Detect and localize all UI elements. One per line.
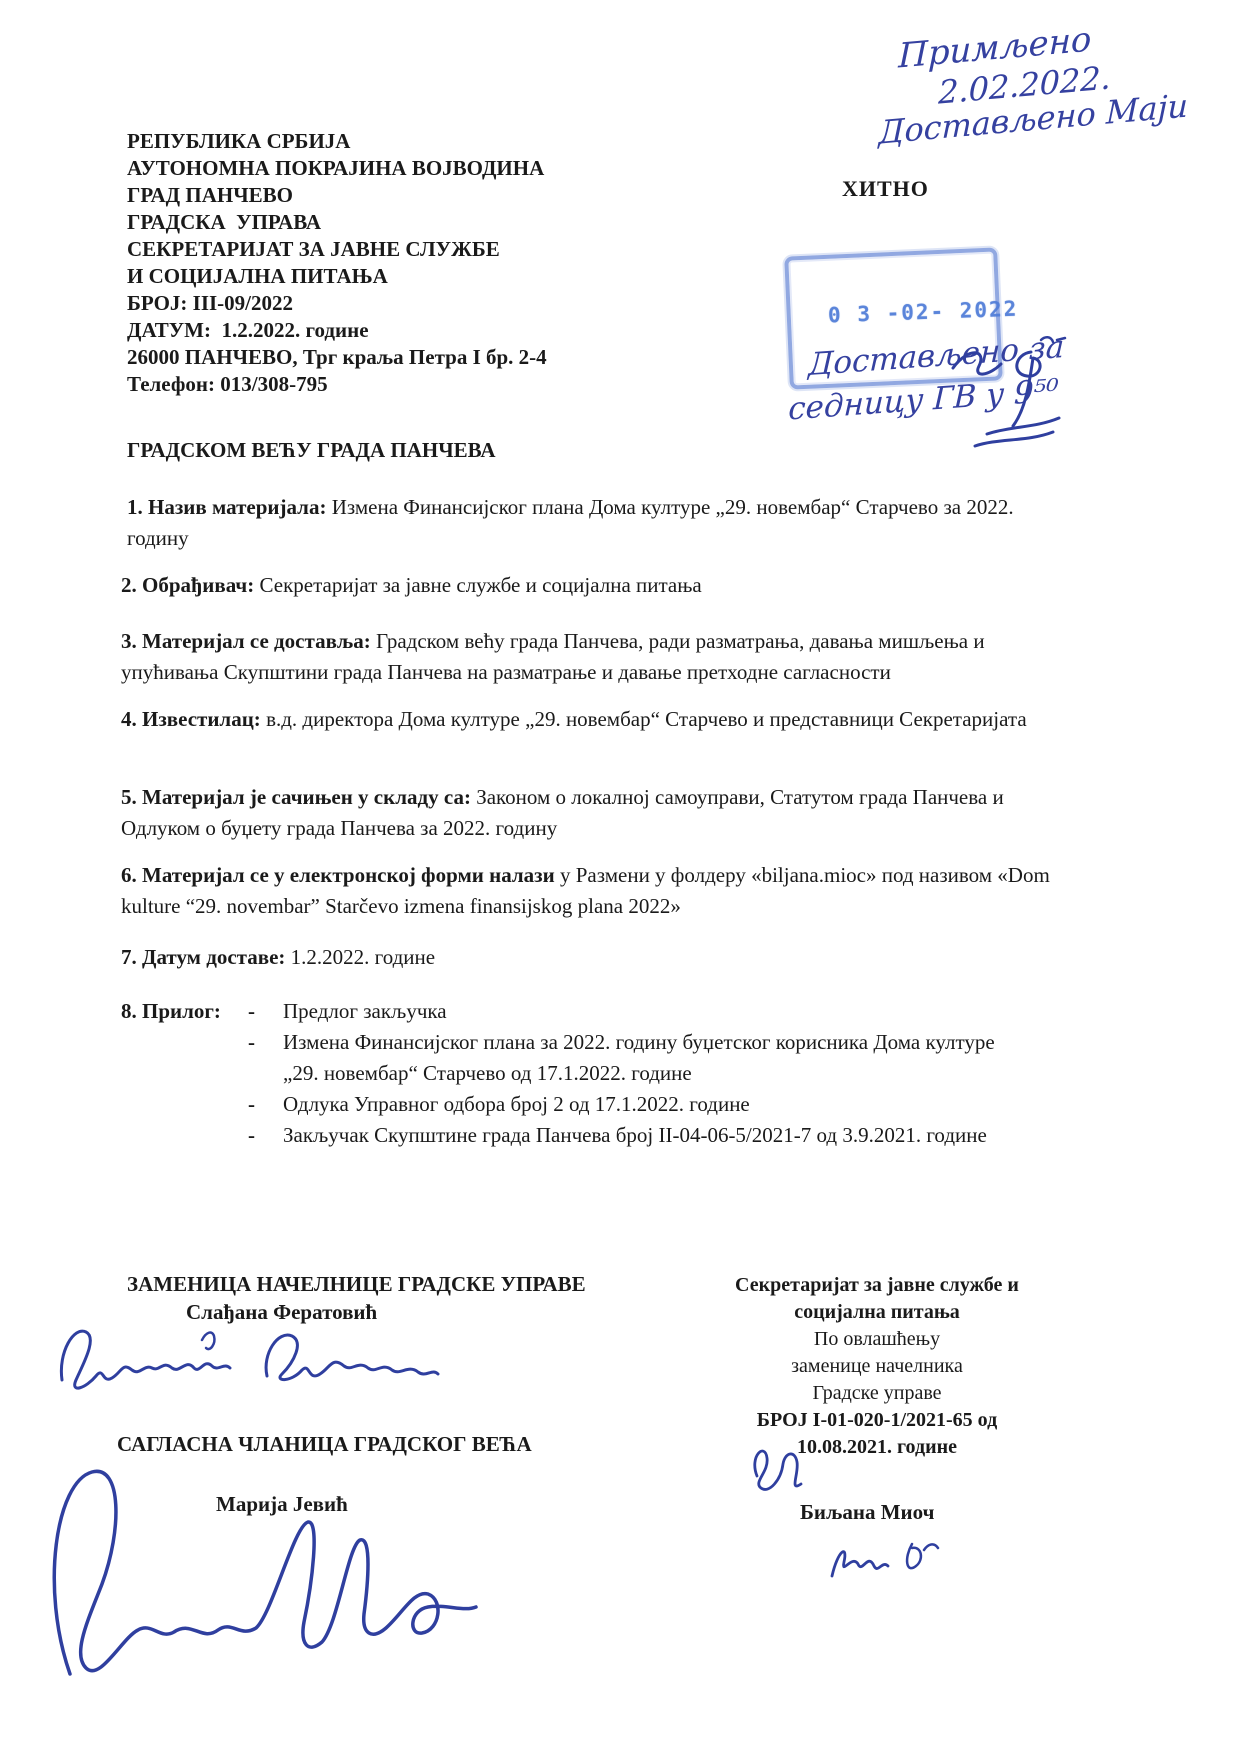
secretariat-auth-line1: По овлашћењу (697, 1326, 1057, 1353)
letterhead-line-number: БРОЈ: III-09/2022 (127, 290, 547, 317)
attachment-dash: - (248, 996, 283, 1027)
letterhead-line-phone: Телефон: 013/308-795 (127, 371, 547, 398)
attachment-dash: - (248, 1120, 283, 1151)
item-3-label: 3. Материјал се доставља: (121, 629, 371, 653)
letterhead-line-date: ДАТУМ: 1.2.2022. године (127, 317, 547, 344)
item-2-label: 2. Обрађивач: (121, 573, 254, 597)
attachment-text-1: Предлог закључка (283, 996, 1013, 1027)
item-1-label: 1. Назив материјала: (127, 495, 326, 519)
attachment-item: - Одлука Управног одбора број 2 од 17.1.… (248, 1089, 1013, 1120)
item-7-text: 1.2.2022. године (291, 945, 435, 969)
council-member-title: САГЛАСНА ЧЛАНИЦА ГРАДСКОГ ВЕЋА (117, 1432, 532, 1457)
letterhead-line-city: ГРАД ПАНЧЕВО (127, 182, 547, 209)
urgent-label: ХИТНО (842, 176, 929, 202)
item-5: 5. Материјал је сачињен у складу са: Зак… (121, 782, 1056, 844)
stamp-paraph-signature (935, 330, 1075, 450)
scanned-document-page: Примљено 2.02.2022. Достављено Маји РЕПУ… (0, 0, 1240, 1752)
addressee-line: ГРАДСКОМ ВЕЋУ ГРАДА ПАНЧЕВА (127, 438, 496, 463)
secretariat-signer-name: Биљана Миоч (800, 1500, 934, 1525)
attachment-item: - Предлог закључка (248, 996, 1013, 1027)
item-7: 7. Датум доставе: 1.2.2022. године (121, 942, 1056, 973)
item-2-text: Секретаријат за јавне службе и социјална… (259, 573, 701, 597)
attachment-dash: - (248, 1089, 283, 1120)
authorization-paraph (745, 1430, 805, 1500)
secretariat-auth-line2: заменице начелника (697, 1353, 1057, 1380)
attachment-dash: - (248, 1027, 283, 1089)
attachment-text-3: Одлука Управног одбора број 2 од 17.1.20… (283, 1089, 1013, 1120)
attachment-text-4: Закључак Скупштине града Панчева број II… (283, 1120, 1013, 1151)
letterhead: РЕПУБЛИКА СРБИЈА АУТОНОМНА ПОКРАЈИНА ВОЈ… (127, 128, 547, 398)
item-7-label: 7. Датум доставе: (121, 945, 285, 969)
deputy-head-signature (52, 1318, 442, 1406)
item-6-label: 6. Материјал се у електронској форми нал… (121, 863, 555, 887)
secretariat-signer-signature (820, 1530, 950, 1595)
item-8-label: 8. Прилог: (121, 999, 221, 1023)
item-4-text: в.д. директора Дома културе „29. новемба… (266, 707, 1027, 731)
item-4: 4. Известилац: в.д. директора Дома култу… (121, 704, 1056, 735)
letterhead-line-secretariat: СЕКРЕТАРИЈАТ ЗА ЈАВНЕ СЛУЖБЕ (127, 236, 547, 263)
letterhead-line-social: И СОЦИЈАЛНА ПИТАЊА (127, 263, 547, 290)
letterhead-line-republic: РЕПУБЛИКА СРБИЈА (127, 128, 547, 155)
secretariat-org-line1: Секретаријат за јавне службе и (697, 1272, 1057, 1299)
council-member-signature (42, 1458, 482, 1708)
attachment-item: - Закључак Скупштине града Панчева број … (248, 1120, 1013, 1151)
item-6: 6. Материјал се у електронској форми нал… (121, 860, 1056, 922)
attachment-item: - Измена Финансијског плана за 2022. год… (248, 1027, 1013, 1089)
secretariat-auth-line3: Градске управе (697, 1380, 1057, 1407)
item-5-label: 5. Материјал је сачињен у складу са: (121, 785, 471, 809)
letterhead-line-administration: ГРАДСКА УПРАВА (127, 209, 547, 236)
item-4-label: 4. Известилац: (121, 707, 261, 731)
secretariat-org-line2: социјална питања (697, 1299, 1057, 1326)
letterhead-line-address: 26000 ПАНЧЕВО, Трг краља Петра I бр. 2-4 (127, 344, 547, 371)
item-1: 1. Назив материјала: Измена Финансијског… (127, 492, 1062, 554)
deputy-head-title: ЗАМЕНИЦА НАЧЕЛНИЦЕ ГРАДСКЕ УПРАВЕ (127, 1272, 586, 1297)
letterhead-line-province: АУТОНОМНА ПОКРАЈИНА ВОЈВОДИНА (127, 155, 547, 182)
item-2: 2. Обрађивач: Секретаријат за јавне служ… (121, 570, 1056, 601)
attachment-text-2: Измена Финансијског плана за 2022. годин… (283, 1027, 1013, 1089)
item-3: 3. Материјал се доставља: Градском већу … (121, 626, 1056, 688)
attachment-list: - Предлог закључка - Измена Финансијског… (248, 996, 1013, 1151)
